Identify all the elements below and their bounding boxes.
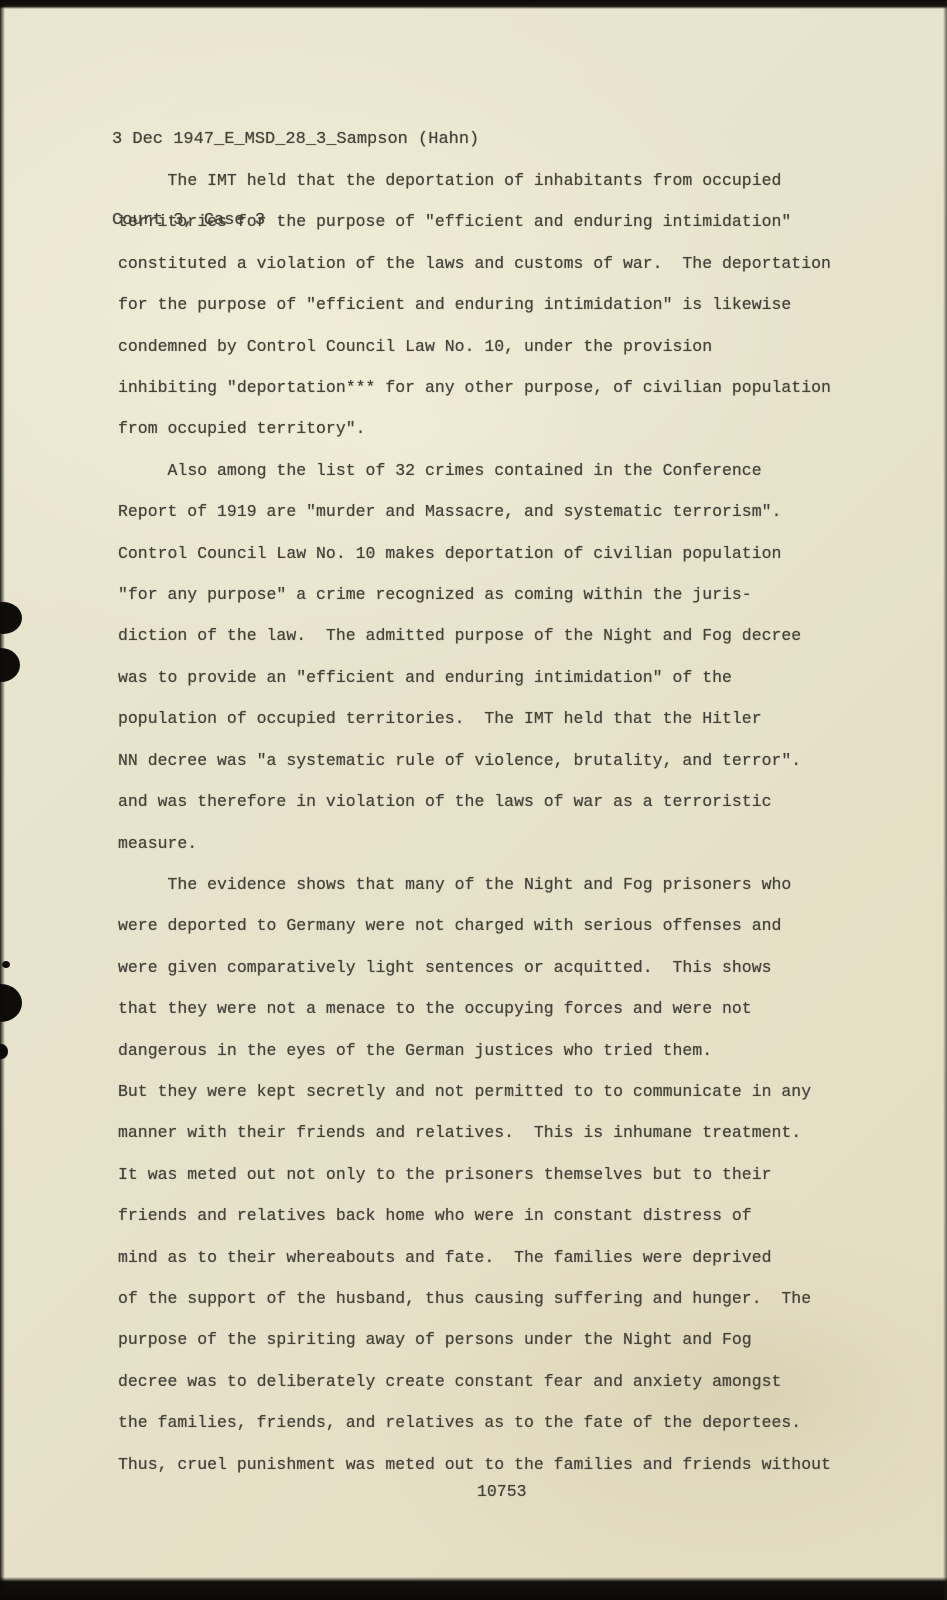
document-page: 3 Dec 1947_E_MSD_28_3_Sampson (Hahn) Cou…	[0, 0, 947, 1600]
scan-edge-right	[943, 0, 947, 1600]
scan-edge-bottom	[0, 1577, 947, 1600]
paragraph-conference-report: Also among the list of 32 crimes contain…	[118, 450, 858, 864]
page-number: 10753	[477, 1480, 527, 1504]
document-body: The IMT held that the deportation of inh…	[118, 160, 858, 1485]
scan-edge-left	[0, 0, 5, 1600]
header-date-line: 3 Dec 1947_E_MSD_28_3_Sampson (Hahn)	[112, 126, 479, 153]
paragraph-imt-deportation: The IMT held that the deportation of inh…	[118, 160, 858, 450]
scan-edge-top	[0, 0, 947, 9]
paragraph-evidence-prisoners: The evidence shows that many of the Nigh…	[118, 864, 858, 1485]
scanned-document-screenshot: { "document": { "header": { "line1": "3 …	[0, 0, 947, 1600]
